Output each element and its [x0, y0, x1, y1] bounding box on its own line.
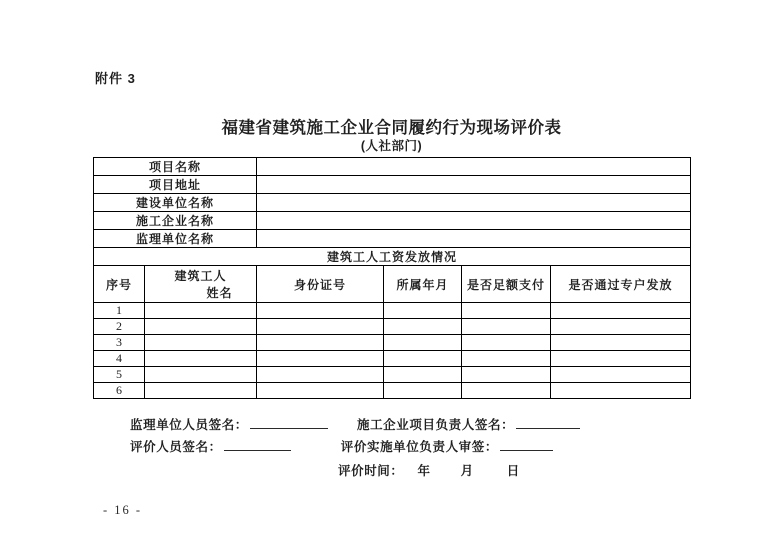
month-label: 月	[461, 464, 474, 478]
contractor-label: 施工企业名称	[94, 212, 257, 230]
cell-special-account[interactable]	[551, 383, 691, 399]
cell-paid-in-full[interactable]	[462, 351, 551, 367]
cell-worker-name[interactable]	[145, 303, 257, 319]
supervision-unit-label: 监理单位名称	[94, 230, 257, 248]
col-header-id-number: 身份证号	[257, 266, 384, 303]
cell-special-account[interactable]	[551, 367, 691, 383]
wage-row-5: 5	[94, 367, 691, 383]
col-header-year-month: 所属年月	[384, 266, 462, 303]
row-number: 1	[94, 303, 145, 319]
contractor-signature-line[interactable]	[516, 416, 580, 429]
col-header-special-account: 是否通过专户发放	[551, 266, 691, 303]
cell-special-account[interactable]	[551, 335, 691, 351]
cell-id-number[interactable]	[257, 367, 384, 383]
row-number: 2	[94, 319, 145, 335]
project-name-value[interactable]	[257, 158, 691, 176]
wage-row-3: 3	[94, 335, 691, 351]
col-header-index: 序号	[94, 266, 145, 303]
cell-worker-name[interactable]	[145, 383, 257, 399]
reviewer-signature-line[interactable]	[500, 438, 553, 451]
info-row-supervision-unit: 监理单位名称	[94, 230, 691, 248]
cell-id-number[interactable]	[257, 351, 384, 367]
col-header-worker-name: 建筑工人 姓名	[145, 266, 257, 303]
cell-paid-in-full[interactable]	[462, 335, 551, 351]
info-row-contractor: 施工企业名称	[94, 212, 691, 230]
cell-id-number[interactable]	[257, 303, 384, 319]
evaluation-date-row: 评价时间：年月日	[338, 461, 520, 479]
contractor-signature-label: 施工企业项目负责人签名：	[357, 418, 514, 432]
wage-row-6: 6	[94, 383, 691, 399]
row-number: 4	[94, 351, 145, 367]
evaluation-time-label: 评价时间：	[338, 464, 404, 478]
cell-year-month[interactable]	[384, 383, 462, 399]
cell-id-number[interactable]	[257, 335, 384, 351]
wage-row-2: 2	[94, 319, 691, 335]
project-name-label: 项目名称	[94, 158, 257, 176]
evaluator-signature-line[interactable]	[224, 438, 291, 451]
day-label: 日	[507, 464, 520, 478]
col-header-paid-in-full: 是否足额支付	[462, 266, 551, 303]
form-subtitle: (人社部门)	[0, 136, 783, 154]
construction-unit-value[interactable]	[257, 194, 691, 212]
cell-year-month[interactable]	[384, 303, 462, 319]
cell-year-month[interactable]	[384, 319, 462, 335]
row-number: 5	[94, 367, 145, 383]
cell-special-account[interactable]	[551, 351, 691, 367]
cell-year-month[interactable]	[384, 335, 462, 351]
cell-year-month[interactable]	[384, 351, 462, 367]
year-label: 年	[418, 464, 431, 478]
info-row-project-address: 项目地址	[94, 176, 691, 194]
cell-id-number[interactable]	[257, 319, 384, 335]
wage-row-4: 4	[94, 351, 691, 367]
attachment-label: 附件 3	[95, 68, 136, 87]
page-number: - 16 -	[103, 503, 142, 518]
project-address-label: 项目地址	[94, 176, 257, 194]
evaluation-form-table: 项目名称 项目地址 建设单位名称 施工企业名称 监理单位名称 建筑工人工资发放情…	[93, 157, 691, 399]
cell-worker-name[interactable]	[145, 367, 257, 383]
project-address-value[interactable]	[257, 176, 691, 194]
wage-section-title: 建筑工人工资发放情况	[94, 248, 691, 266]
cell-worker-name[interactable]	[145, 319, 257, 335]
wage-row-1: 1	[94, 303, 691, 319]
signature-row-1: 监理单位人员签名： 施工企业项目负责人签名：	[130, 415, 580, 433]
cell-special-account[interactable]	[551, 303, 691, 319]
cell-special-account[interactable]	[551, 319, 691, 335]
col-header-worker-name-line1: 建筑工人	[145, 267, 256, 284]
cell-worker-name[interactable]	[145, 335, 257, 351]
row-number: 6	[94, 383, 145, 399]
supervision-unit-value[interactable]	[257, 230, 691, 248]
wage-section-row: 建筑工人工资发放情况	[94, 248, 691, 266]
info-row-project-name: 项目名称	[94, 158, 691, 176]
construction-unit-label: 建设单位名称	[94, 194, 257, 212]
signature-row-2: 评价人员签名： 评价实施单位负责人审签：	[130, 437, 553, 455]
col-header-worker-name-line2: 姓名	[145, 284, 256, 301]
cell-paid-in-full[interactable]	[462, 319, 551, 335]
cell-worker-name[interactable]	[145, 351, 257, 367]
form-title: 福建省建筑施工企业合同履约行为现场评价表	[0, 114, 783, 138]
cell-paid-in-full[interactable]	[462, 383, 551, 399]
cell-paid-in-full[interactable]	[462, 303, 551, 319]
reviewer-signature-label: 评价实施单位负责人审签：	[341, 440, 498, 454]
row-number: 3	[94, 335, 145, 351]
cell-id-number[interactable]	[257, 383, 384, 399]
evaluator-signature-label: 评价人员签名：	[130, 440, 222, 454]
wage-header-row: 序号 建筑工人 姓名 身份证号 所属年月 是否足额支付 是否通过专户发放	[94, 266, 691, 303]
info-row-construction-unit: 建设单位名称	[94, 194, 691, 212]
contractor-value[interactable]	[257, 212, 691, 230]
cell-paid-in-full[interactable]	[462, 367, 551, 383]
cell-year-month[interactable]	[384, 367, 462, 383]
supervisor-signature-label: 监理单位人员签名：	[130, 418, 248, 432]
supervisor-signature-line[interactable]	[250, 416, 328, 429]
